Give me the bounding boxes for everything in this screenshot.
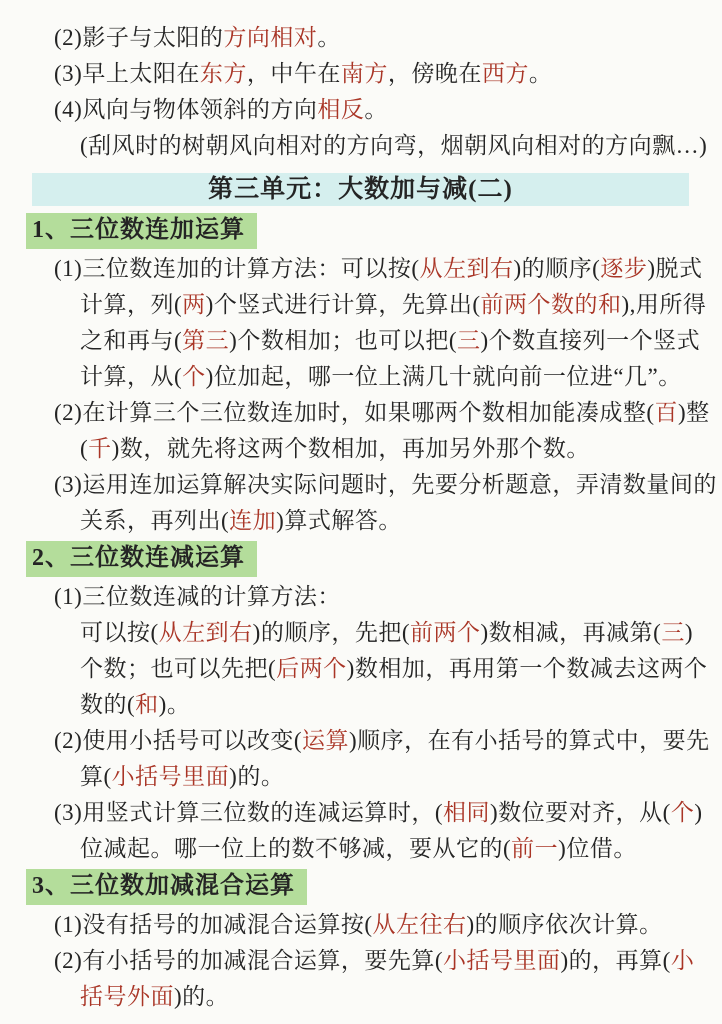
- body-text: 。: [364, 97, 388, 122]
- body-text: )的顺序依次计算。: [466, 912, 662, 937]
- body-text: 计算，列(: [80, 292, 182, 317]
- red-emphasis-text: 西方: [482, 61, 529, 86]
- body-text: )个竖式进行计算，先算出(: [206, 292, 481, 317]
- body-text: ，傍晚在: [388, 61, 482, 86]
- text-line: 位减起。哪一位上的数不够减，要从它的(前一)位借。: [0, 831, 722, 867]
- main-block: 1、三位数连加运算(1)三位数连加的计算方法：可以按(从左到右)的顺序(逐步)脱…: [0, 213, 722, 1015]
- document-page: (2)影子与太阳的方向相对。(3)早上太阳在东方，中午在南方，傍晚在西方。(4)…: [0, 0, 722, 1024]
- text-line: 括号外面)的。: [0, 979, 722, 1015]
- body-text: 位减起。哪一位上的数不够减，要从它的(: [80, 836, 511, 861]
- text-line: (3)用竖式计算三位数的连减运算时，(相同)数位要对齐，从(个): [0, 795, 722, 831]
- red-emphasis-text: 从左到右: [159, 620, 253, 645]
- body-text: 数的(: [80, 692, 135, 717]
- red-emphasis-text: 南方: [341, 61, 388, 86]
- red-emphasis-text: 前两个数的和: [481, 292, 622, 317]
- body-text: )整: [678, 400, 710, 425]
- body-text: )位加起，哪一位上满几十就向前一位进“几”。: [206, 364, 682, 389]
- text-line: (1)三位数连减的计算方法：: [0, 579, 722, 615]
- red-emphasis-text: 小: [671, 948, 695, 973]
- red-emphasis-text: 两: [182, 292, 206, 317]
- body-text: (1)没有括号的加减混合运算按(: [54, 912, 372, 937]
- red-emphasis-text: 三: [457, 328, 481, 353]
- red-emphasis-text: 千: [88, 436, 112, 461]
- body-text: )的。: [229, 764, 284, 789]
- red-emphasis-text: 后两个: [276, 656, 347, 681]
- body-text: (1)三位数连加的计算方法：可以按(: [54, 256, 419, 281]
- text-line: 可以按(从左到右)的顺序，先把(前两个)数相减，再减第(三): [0, 615, 722, 651]
- text-line: 关系，再列出(连加)算式解答。: [0, 503, 722, 539]
- red-emphasis-text: 前一: [511, 836, 558, 861]
- red-emphasis-text: 运算: [302, 728, 349, 753]
- body-text: ),用所得: [622, 292, 707, 317]
- body-text: )数，就先将这两个数相加，再加另外那个数。: [112, 436, 590, 461]
- body-text: (: [80, 436, 88, 461]
- red-emphasis-text: 第三: [182, 328, 229, 353]
- text-line: (千)数，就先将这两个数相加，再加另外那个数。: [0, 431, 722, 467]
- red-emphasis-text: 个: [182, 364, 206, 389]
- body-text: (2)使用小括号可以改变(: [54, 728, 302, 753]
- body-text: 个数；也可以先把(: [80, 656, 276, 681]
- body-text: )数相加，再用第一个数减去这两个: [347, 656, 708, 681]
- body-text: )算式解答。: [276, 508, 402, 533]
- body-text: 算(: [80, 764, 112, 789]
- section-header-row: 3、三位数加减混合运算: [0, 869, 722, 905]
- unit-header: 第三单元：大数加与减(二): [32, 173, 689, 206]
- body-text: (3)用竖式计算三位数的连减运算时，(: [54, 800, 443, 825]
- body-text: (2)影子与太阳的: [54, 25, 223, 50]
- body-text: 。: [317, 25, 341, 50]
- text-line: (刮风时的树朝风向相对的方向弯，烟朝风向相对的方向飘…): [0, 128, 722, 164]
- text-line: (2)有小括号的加减混合运算，要先算(小括号里面)的，再算(小: [0, 943, 722, 979]
- text-line: 个数；也可以先把(后两个)数相加，再用第一个数减去这两个: [0, 651, 722, 687]
- section-header: 2、三位数连减运算: [26, 541, 257, 577]
- body-text: )个数相加；也可以把(: [229, 328, 457, 353]
- red-emphasis-text: 前两个: [410, 620, 481, 645]
- body-text: (刮风时的树朝风向相对的方向弯，烟朝风向相对的方向飘…): [80, 133, 707, 158]
- text-line: (1)三位数连加的计算方法：可以按(从左到右)的顺序(逐步)脱式: [0, 251, 722, 287]
- body-text: ): [694, 800, 702, 825]
- text-line: (3)运用连加运算解决实际问题时，先要分析题意，弄清数量间的: [0, 467, 722, 503]
- text-line: (2)使用小括号可以改变(运算)顺序，在有小括号的算式中，要先: [0, 723, 722, 759]
- body-text: )的。: [174, 984, 229, 1009]
- body-text: )。: [159, 692, 191, 717]
- body-text: )数相减，再减第(: [481, 620, 662, 645]
- text-line: 数的(和)。: [0, 687, 722, 723]
- red-emphasis-text: 百: [654, 400, 678, 425]
- text-line: (1)没有括号的加减混合运算按(从左往右)的顺序依次计算。: [0, 907, 722, 943]
- red-emphasis-text: 括号外面: [80, 984, 174, 1009]
- red-emphasis-text: 连加: [229, 508, 276, 533]
- body-text: )脱式: [647, 256, 702, 281]
- body-text: (4)风向与物体领斜的方向: [54, 97, 317, 122]
- text-line: (4)风向与物体领斜的方向相反。: [0, 92, 722, 128]
- text-line: 计算，从(个)位加起，哪一位上满几十就向前一位进“几”。: [0, 359, 722, 395]
- body-text: )的，再算(: [560, 948, 670, 973]
- red-emphasis-text: 相同: [443, 800, 490, 825]
- body-text: )个数直接列一个竖式: [481, 328, 701, 353]
- body-text: )数位要对齐，从(: [490, 800, 671, 825]
- section-header: 1、三位数连加运算: [26, 213, 257, 249]
- red-emphasis-text: 从左往右: [372, 912, 466, 937]
- text-line: 算(小括号里面)的。: [0, 759, 722, 795]
- body-text: )顺序，在有小括号的算式中，要先: [349, 728, 710, 753]
- body-text: (1)三位数连减的计算方法：: [54, 584, 341, 609]
- text-line: (2)影子与太阳的方向相对。: [0, 20, 722, 56]
- section-header: 3、三位数加减混合运算: [26, 869, 307, 905]
- red-emphasis-text: 相反: [317, 97, 364, 122]
- red-emphasis-text: 小括号里面: [112, 764, 230, 789]
- text-line: 计算，列(两)个竖式进行计算，先算出(前两个数的和),用所得: [0, 287, 722, 323]
- text-line: 之和再与(第三)个数相加；也可以把(三)个数直接列一个竖式: [0, 323, 722, 359]
- body-text: 可以按(: [80, 620, 159, 645]
- section-header-row: 1、三位数连加运算: [0, 213, 722, 249]
- red-emphasis-text: 三: [661, 620, 685, 645]
- body-text: (3)早上太阳在: [54, 61, 200, 86]
- text-line: (2)在计算三个三位数连加时，如果哪两个数相加能凑成整(百)整: [0, 395, 722, 431]
- red-emphasis-text: 东方: [200, 61, 247, 86]
- body-text: (2)在计算三个三位数连加时，如果哪两个数相加能凑成整(: [54, 400, 654, 425]
- red-emphasis-text: 和: [135, 692, 159, 717]
- body-text: 关系，再列出(: [80, 508, 229, 533]
- body-text: 计算，从(: [80, 364, 182, 389]
- body-text: )位借。: [558, 836, 637, 861]
- red-emphasis-text: 从左到右: [419, 256, 513, 281]
- text-line: (3)早上太阳在东方，中午在南方，傍晚在西方。: [0, 56, 722, 92]
- red-emphasis-text: 方向相对: [223, 25, 317, 50]
- section-header-row: 2、三位数连减运算: [0, 541, 722, 577]
- body-text: )的顺序(: [513, 256, 600, 281]
- body-text: ): [685, 620, 693, 645]
- red-emphasis-text: 小括号里面: [443, 948, 561, 973]
- body-text: )的顺序，先把(: [253, 620, 410, 645]
- body-text: (2)有小括号的加减混合运算，要先算(: [54, 948, 443, 973]
- intro-block: (2)影子与太阳的方向相对。(3)早上太阳在东方，中午在南方，傍晚在西方。(4)…: [0, 20, 722, 164]
- body-text: ，中午在: [247, 61, 341, 86]
- body-text: 。: [529, 61, 553, 86]
- body-text: (3)运用连加运算解决实际问题时，先要分析题意，弄清数量间的: [54, 472, 717, 497]
- body-text: 之和再与(: [80, 328, 182, 353]
- red-emphasis-text: 个: [671, 800, 695, 825]
- red-emphasis-text: 逐步: [600, 256, 647, 281]
